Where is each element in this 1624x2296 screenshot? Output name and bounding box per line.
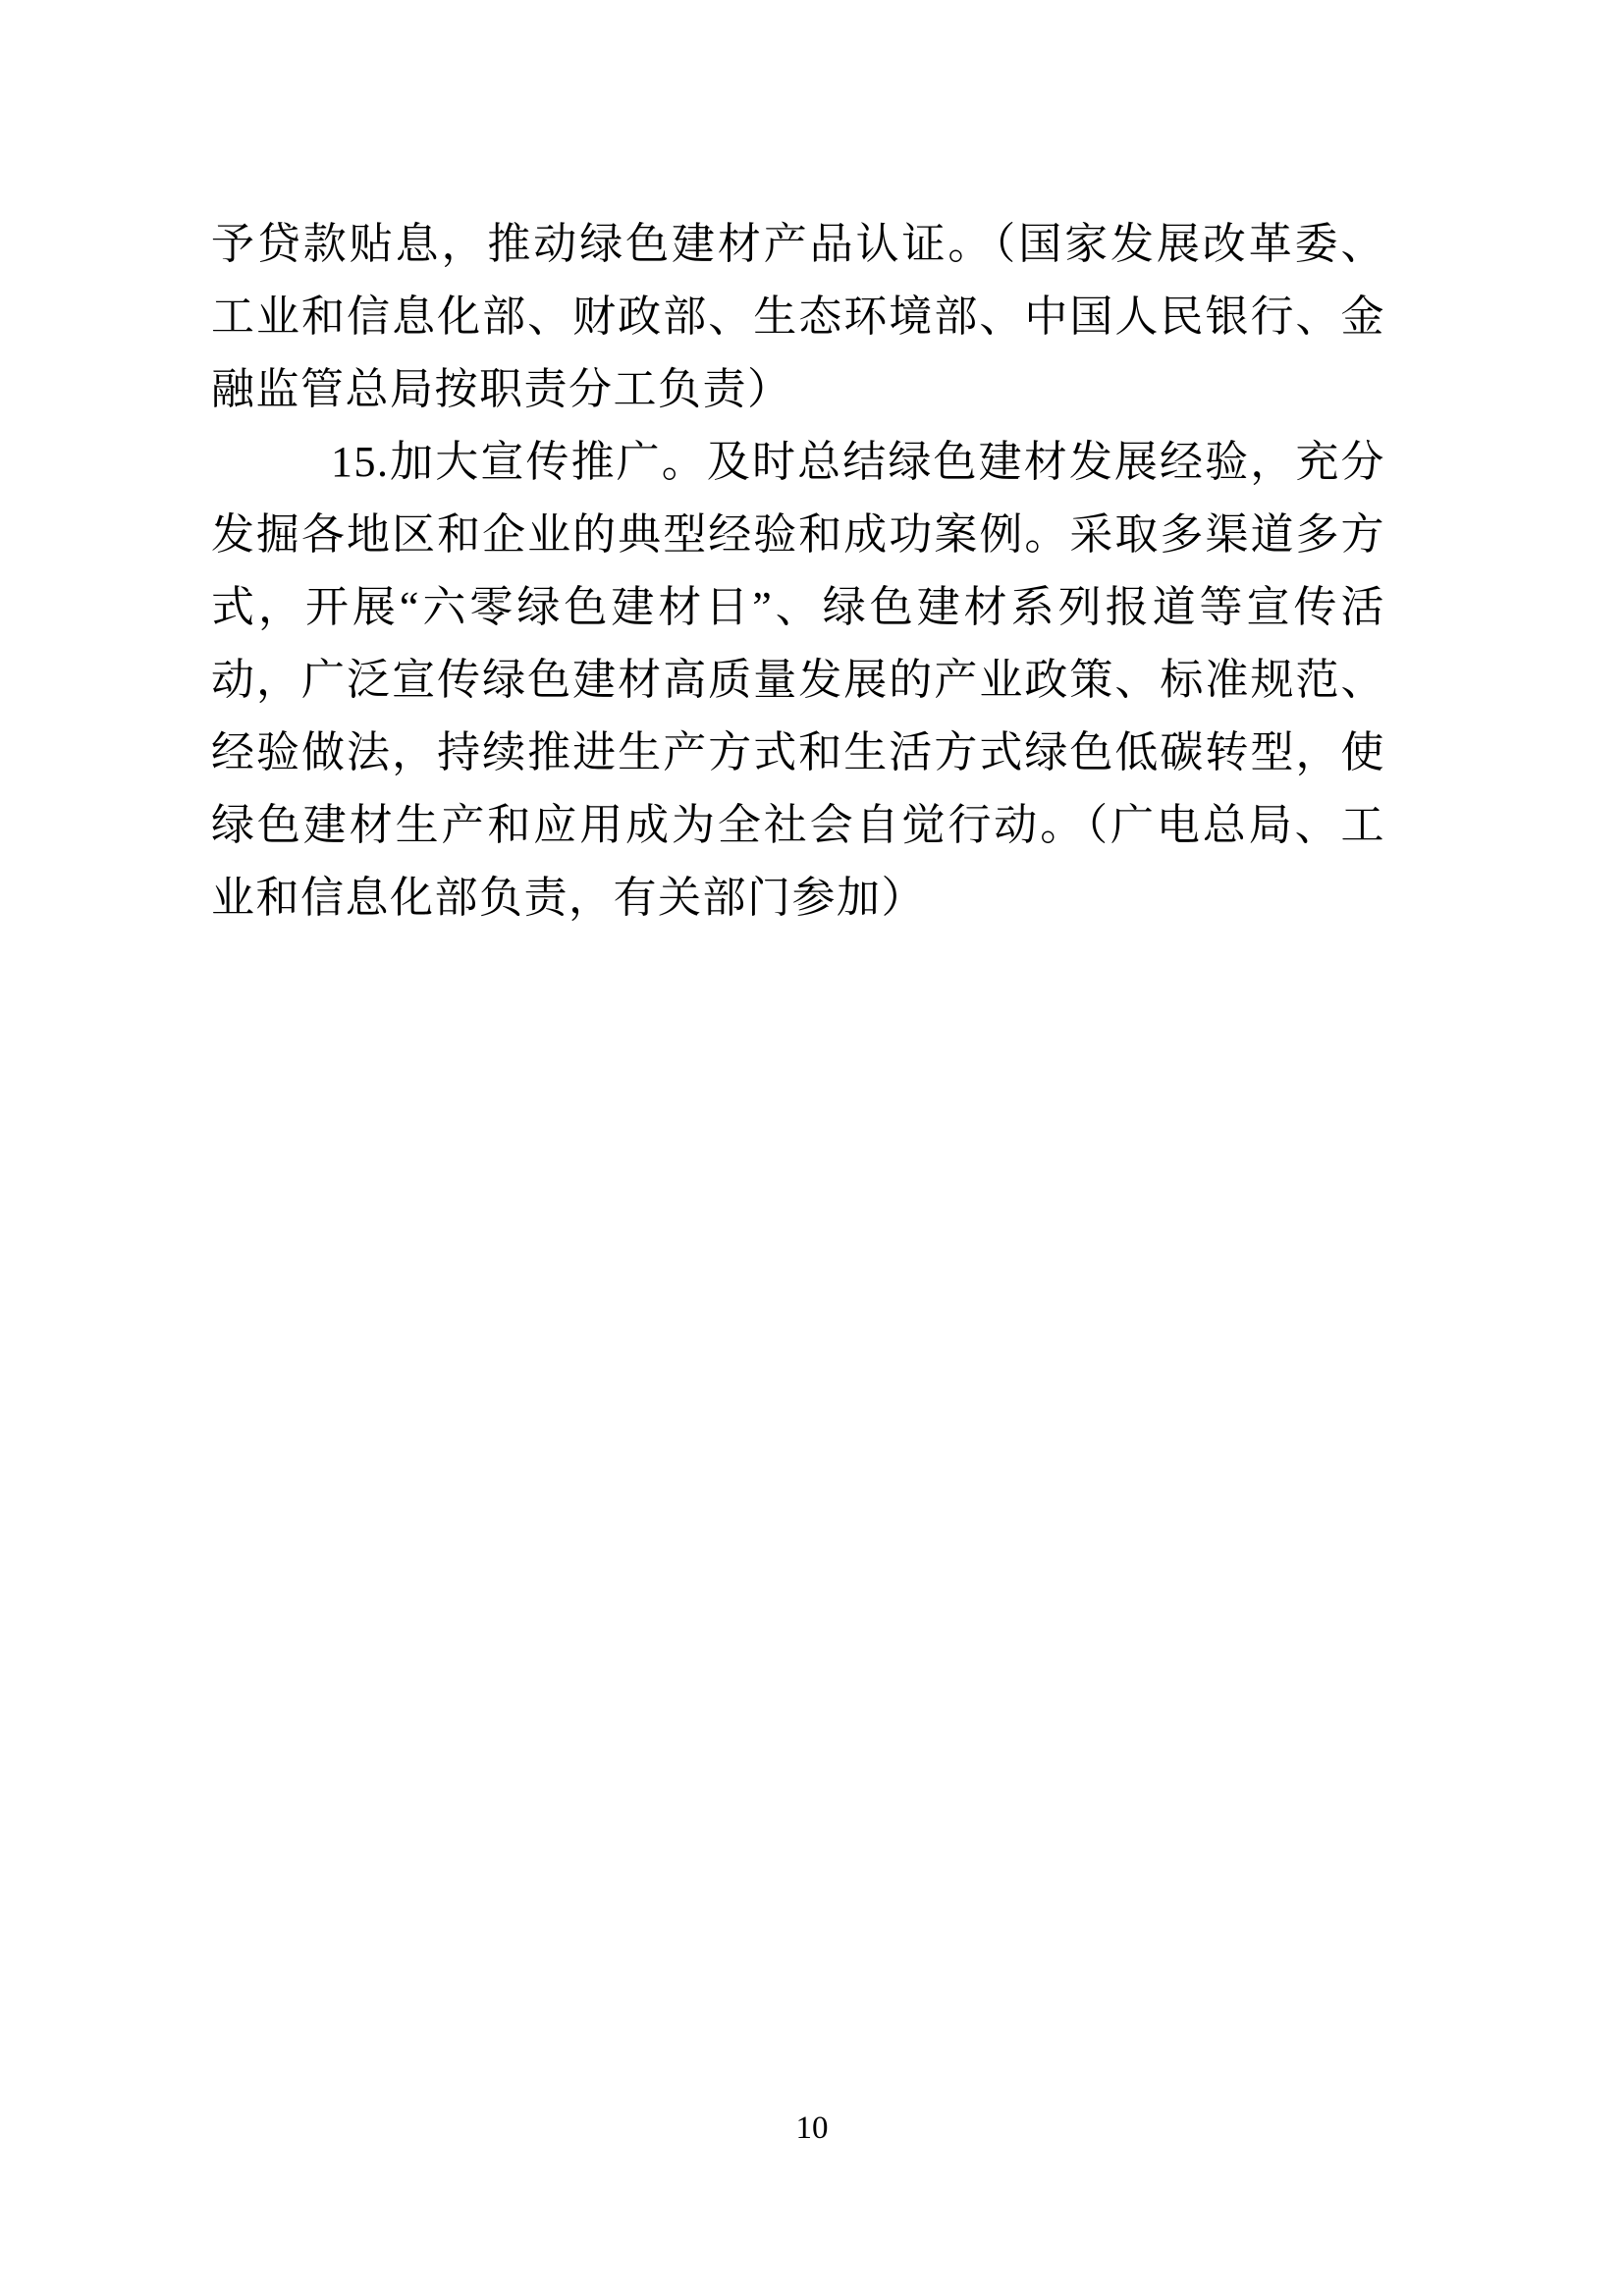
paragraph-continuation-item-14: 予贷款贴息，推动绿色建材产品认证。（国家发展改革委、工业和信息化部、财政部、生态… bbox=[211, 208, 1385, 426]
document-page: 予贷款贴息，推动绿色建材产品认证。（国家发展改革委、工业和信息化部、财政部、生态… bbox=[0, 0, 1624, 2296]
paragraph-item-15: 15.加大宣传推广。及时总结绿色建材发展经验，充分发掘各地区和企业的典型经验和成… bbox=[211, 426, 1385, 934]
page-number: 10 bbox=[0, 2109, 1624, 2148]
text-block: 予贷款贴息，推动绿色建材产品认证。（国家发展改革委、工业和信息化部、财政部、生态… bbox=[211, 208, 1385, 934]
